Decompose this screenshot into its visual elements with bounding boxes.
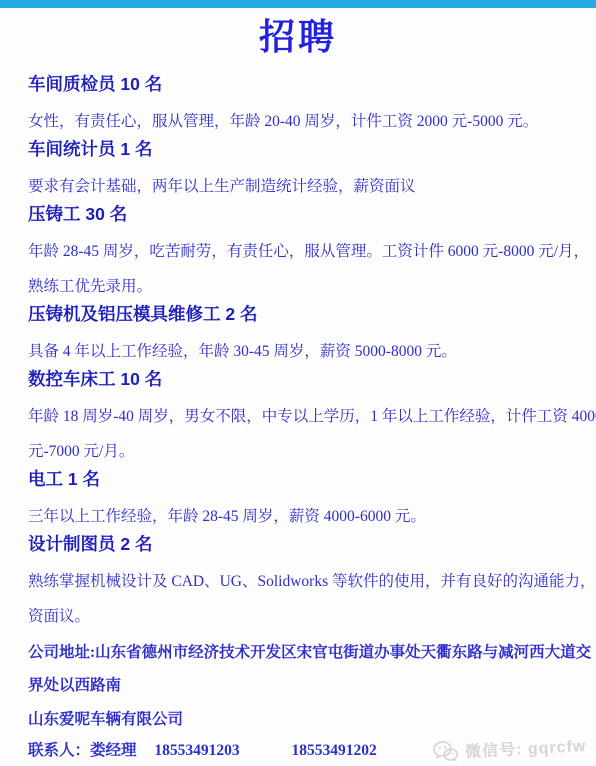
wechat-icon — [431, 739, 458, 764]
company-address-line: 界处以西路南 — [28, 669, 570, 702]
job-description-line: 年龄 18 周岁-40 周岁，男女不限，中专以上学历，1 年以上工作经验，计件工… — [28, 399, 570, 434]
job-section-cnc-lathe-worker: 数控车床工 10 名 年龄 18 周岁-40 周岁，男女不限，中专以上学历，1 … — [28, 369, 570, 469]
job-description-line: 要求有会计基础，两年以上生产制造统计经验，薪资面议 — [28, 169, 570, 204]
job-description-line: 年龄 28-45 周岁，吃苦耐劳，有责任心，服从管理。工资计件 6000 元-8… — [28, 234, 570, 269]
job-title: 压铸工 30 名 — [28, 204, 570, 224]
job-section-quality-inspector: 车间质检员 10 名 女性，有责任心，服从管理，年龄 20-40 周岁，计件工资… — [28, 74, 570, 139]
job-description-line: 熟练掌握机械设计及 CAD、UG、Solidworks 等软件的使用，并有良好的… — [28, 564, 570, 599]
job-description: 熟练掌握机械设计及 CAD、UG、Solidworks 等软件的使用，并有良好的… — [28, 564, 570, 634]
job-description-line: 熟练工优先录用。 — [28, 269, 570, 304]
job-description: 具备 4 年以上工作经验，年龄 30-45 周岁，薪资 5000-8000 元。 — [28, 334, 570, 369]
company-name: 山东爱呢车辆有限公司 — [28, 704, 570, 735]
job-description-line: 元-7000 元/月。 — [28, 434, 570, 469]
job-title: 车间统计员 1 名 — [28, 139, 570, 159]
job-title: 数控车床工 10 名 — [28, 369, 570, 389]
job-description: 三年以上工作经验，年龄 28-45 周岁，薪资 4000-6000 元。 — [28, 499, 570, 534]
page-title: 招聘 — [0, 14, 596, 60]
job-section-electrician: 电工 1 名 三年以上工作经验，年龄 28-45 周岁，薪资 4000-6000… — [28, 469, 570, 534]
job-description: 要求有会计基础，两年以上生产制造统计经验，薪资面议 — [28, 169, 570, 204]
phone-number-primary: 18553491203 — [154, 742, 239, 759]
job-section-mold-maintenance-worker: 压铸机及铝压模具维修工 2 名 具备 4 年以上工作经验，年龄 30-45 周岁… — [28, 304, 570, 369]
company-address-line: 公司地址:山东省德州市经济技术开发区宋官屯街道办事处天衢东路与减河西大道交 — [28, 636, 570, 669]
job-title: 电工 1 名 — [28, 469, 570, 489]
job-description-line: 女性，有责任心，服从管理，年龄 20-40 周岁，计件工资 2000 元-500… — [28, 104, 570, 139]
job-section-die-casting-worker: 压铸工 30 名 年龄 28-45 周岁，吃苦耐劳，有责任心，服从管理。工资计件… — [28, 204, 570, 304]
contact-person-label: 联系人：娄经理 — [28, 742, 137, 759]
job-description: 女性，有责任心，服从管理，年龄 20-40 周岁，计件工资 2000 元-500… — [28, 104, 570, 139]
job-section-workshop-statistician: 车间统计员 1 名 要求有会计基础，两年以上生产制造统计经验，薪资面议 — [28, 139, 570, 204]
job-description: 年龄 18 周岁-40 周岁，男女不限，中专以上学历，1 年以上工作经验，计件工… — [28, 399, 570, 469]
job-section-design-draftsman: 设计制图员 2 名 熟练掌握机械设计及 CAD、UG、Solidworks 等软… — [28, 534, 570, 634]
job-description-line: 三年以上工作经验，年龄 28-45 周岁，薪资 4000-6000 元。 — [28, 499, 570, 534]
job-description-line: 具备 4 年以上工作经验，年龄 30-45 周岁，薪资 5000-8000 元。 — [28, 334, 570, 369]
top-accent-bar — [0, 0, 596, 8]
job-title: 压铸机及铝压模具维修工 2 名 — [28, 304, 570, 324]
recruitment-notice: 车间质检员 10 名 女性，有责任心，服从管理，年龄 20-40 周岁，计件工资… — [0, 60, 596, 766]
job-title: 车间质检员 10 名 — [28, 74, 570, 94]
job-description: 年龄 28-45 周岁，吃苦耐劳，有责任心，服从管理。工资计件 6000 元-8… — [28, 234, 570, 304]
job-description-line: 资面议。 — [28, 599, 570, 634]
phone-number-secondary: 18553491202 — [292, 742, 377, 759]
job-title: 设计制图员 2 名 — [28, 534, 570, 554]
